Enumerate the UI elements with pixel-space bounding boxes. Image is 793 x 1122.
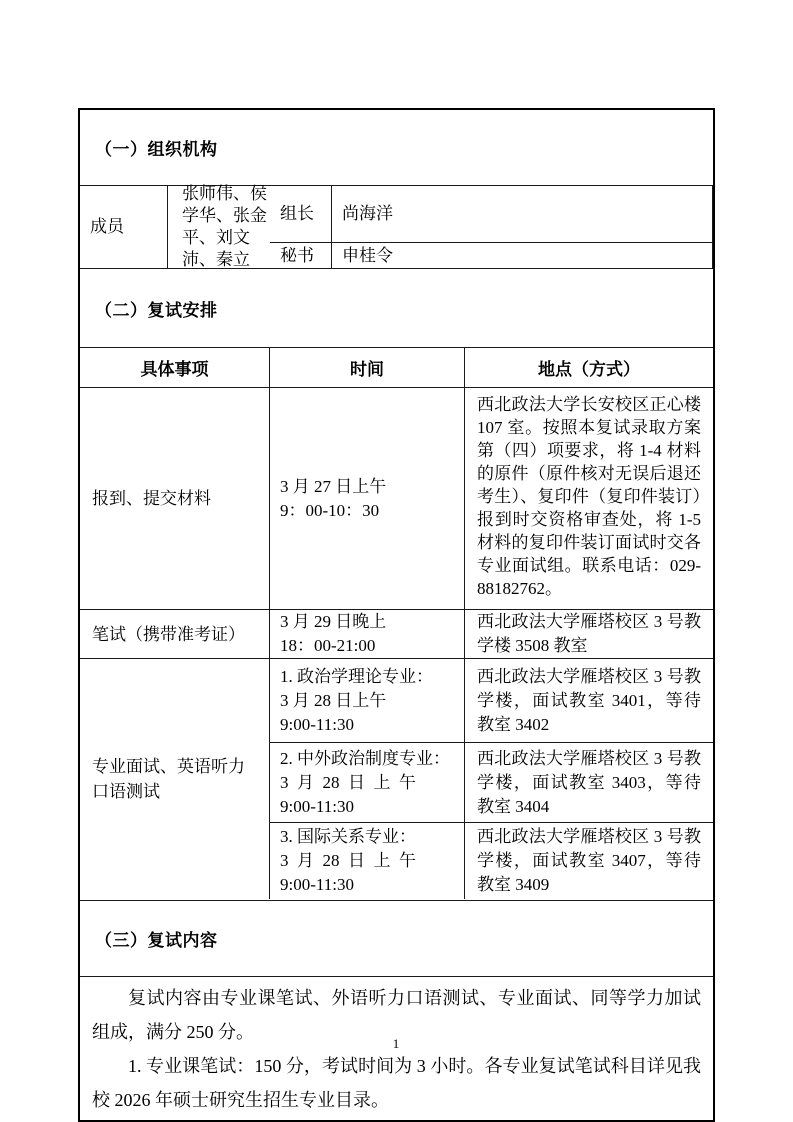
row-writtentest-time: 3 月 29 日晚上 18：00-21:00 xyxy=(270,610,465,659)
row-checkin-item: 报到、提交材料 xyxy=(80,388,270,610)
members-names: 张师伟、侯学华、张金平、刘文沛、秦立 xyxy=(182,183,270,271)
members-label: 成员 xyxy=(90,216,124,238)
page-number: 1 xyxy=(378,1036,414,1052)
column-header-location: 地点（方式） xyxy=(465,348,713,388)
row-interview2-location: 西北政法大学雁塔校区 3 号教学楼，面试教室 3403，等待教室 3404 xyxy=(465,743,713,823)
members-label-cell: 成员 xyxy=(80,186,168,268)
leader-label-cell: 组长 xyxy=(270,186,332,243)
row-interview1-time: 1. 政治学理论专业： 3 月 28 日上午 9:00-11:30 xyxy=(270,659,465,743)
secretary-name: 申桂令 xyxy=(342,245,393,267)
secretary-label: 秘书 xyxy=(280,245,314,267)
secretary-label-cell: 秘书 xyxy=(270,243,332,268)
row-interview1-location-text: 西北政法大学雁塔校区 3 号教学楼，面试教室 3401，等待教室 3402 xyxy=(477,665,701,737)
column-header-time: 时间 xyxy=(270,348,465,388)
row-interview2-time: 2. 中外政治制度专业： 3 月 28 日 上 午 9:00-11:30 xyxy=(270,743,465,823)
leader-name: 尚海洋 xyxy=(342,203,393,225)
schedule-table: 具体事项 时间 地点（方式） 报到、提交材料 3 月 27 日上午 9：00-1… xyxy=(80,347,713,900)
row-checkin-time: 3 月 27 日上午 9：00-10：30 xyxy=(270,388,465,610)
section-1-heading: （一）组织机构 xyxy=(80,110,713,185)
section-2-heading: （二）复试安排 xyxy=(80,268,713,347)
row-writtentest-location-text: 西北政法大学雁塔校区 3 号教学楼 3508 教室 xyxy=(477,610,701,658)
leader-label: 组长 xyxy=(280,203,314,225)
section-2-title: （二）复试安排 xyxy=(95,296,218,321)
row-interview3-location: 西北政法大学雁塔校区 3 号教学楼，面试教室 3407，等待教室 3409 xyxy=(465,823,713,899)
secretary-name-cell: 申桂令 xyxy=(332,243,713,268)
row-interview-item: 专业面试、英语听力口语测试 xyxy=(80,659,270,899)
row-interview3-time: 3. 国际关系专业： 3 月 28 日 上 午 9:00-11:30 xyxy=(270,823,465,899)
row-interview3-location-text: 西北政法大学雁塔校区 3 号教学楼，面试教室 3407，等待教室 3409 xyxy=(477,825,701,897)
organization-table: 组长 尚海洋 成员 张师伟、侯学华、张金平、刘文沛、秦立 秘书 申桂令 xyxy=(80,185,713,268)
row-interview2-location-text: 西北政法大学雁塔校区 3 号教学楼，面试教室 3403，等待教室 3404 xyxy=(477,747,701,819)
row-checkin-location: 西北政法大学长安校区正心楼 107 室。按照本复试录取方案第（四）项要求，将 1… xyxy=(465,388,713,610)
document-page: （一）组织机构 组长 尚海洋 成员 张师伟、侯学华、张金平、刘文沛、秦立 秘书 … xyxy=(0,0,793,1122)
leader-name-cell: 尚海洋 xyxy=(332,186,713,243)
row-interview1-location: 西北政法大学雁塔校区 3 号教学楼，面试教室 3401，等待教室 3402 xyxy=(465,659,713,743)
row-writtentest-item: 笔试（携带准考证） xyxy=(80,610,270,659)
members-names-cell: 张师伟、侯学华、张金平、刘文沛、秦立 xyxy=(168,186,270,268)
content-paragraph-2: 1. 专业课笔试：150 分，考试时间为 3 小时。各专业复试笔试科目详见我校 … xyxy=(92,1049,701,1117)
section-1-title: （一）组织机构 xyxy=(95,135,218,160)
row-writtentest-location: 西北政法大学雁塔校区 3 号教学楼 3508 教室 xyxy=(465,610,713,659)
row-checkin-location-text: 西北政法大学长安校区正心楼 107 室。按照本复试录取方案第（四）项要求，将 1… xyxy=(477,393,701,600)
section-3-title: （三）复试内容 xyxy=(95,926,218,951)
document-table: （一）组织机构 组长 尚海洋 成员 张师伟、侯学华、张金平、刘文沛、秦立 秘书 … xyxy=(78,108,715,1122)
column-header-item: 具体事项 xyxy=(80,348,270,388)
section-3-heading: （三）复试内容 xyxy=(80,900,713,976)
